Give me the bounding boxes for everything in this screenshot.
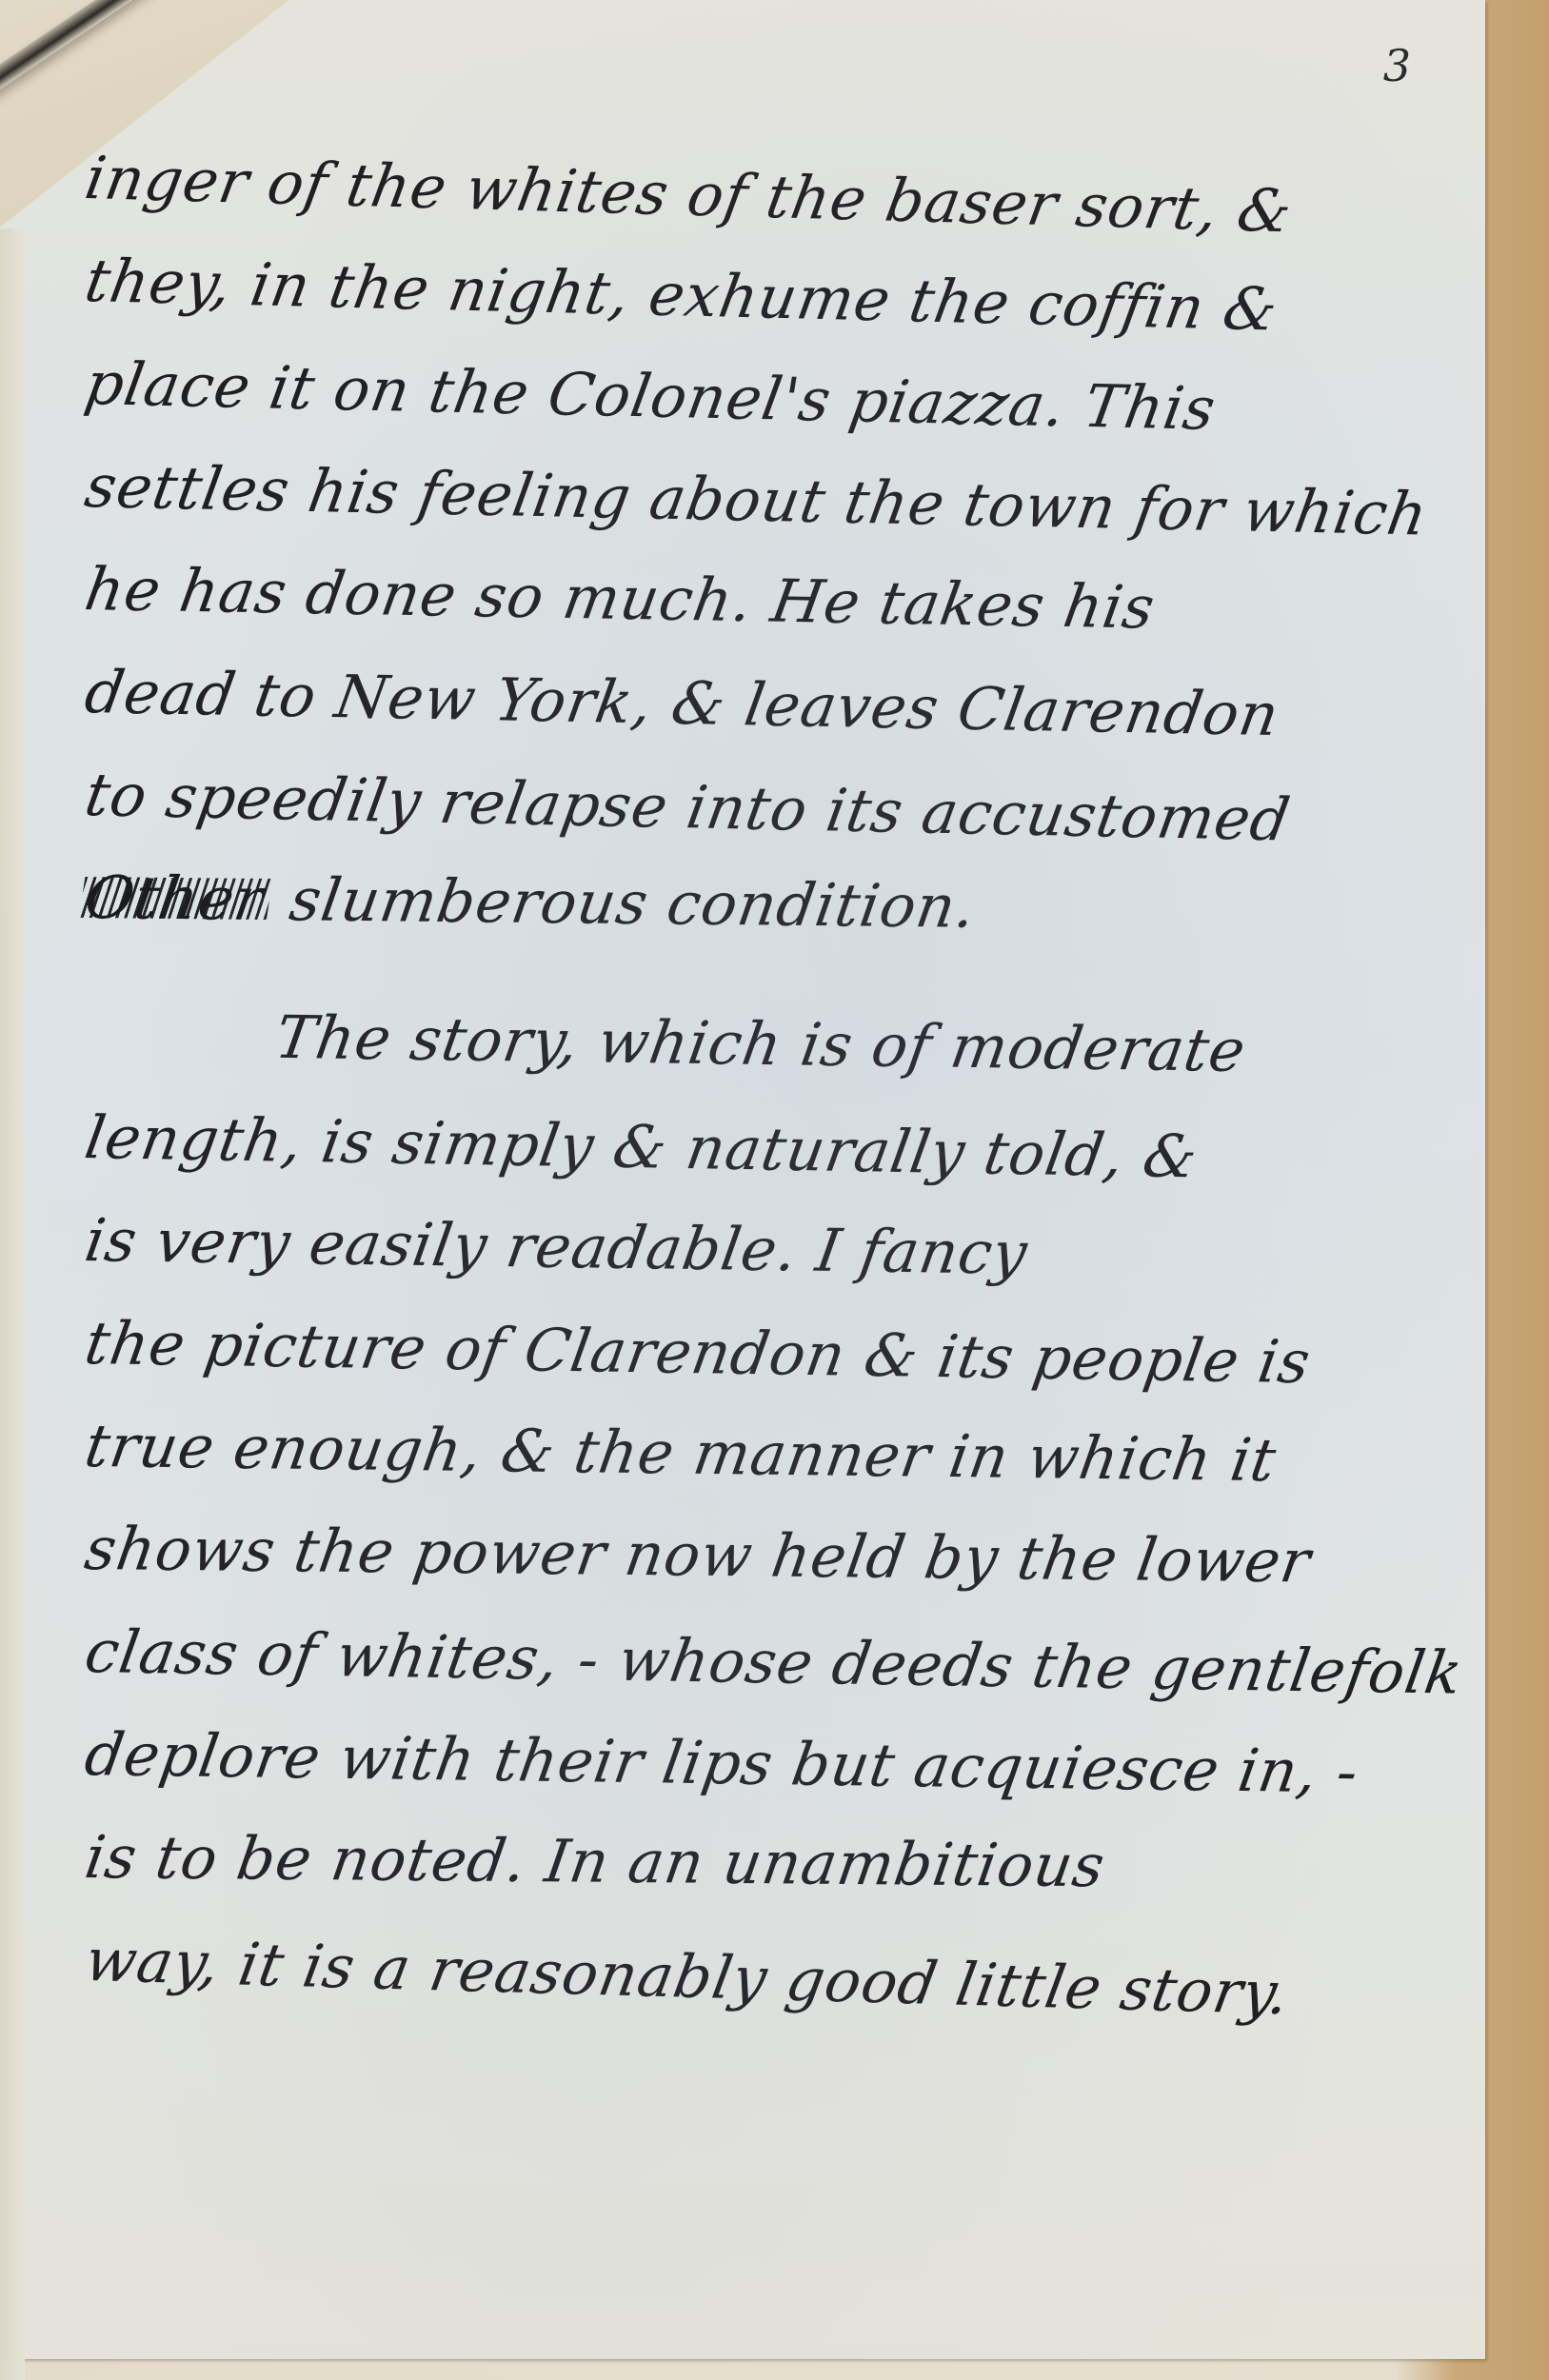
text-line: is very easily readable. I fancy	[85, 1205, 1457, 1327]
manuscript-page: 3 inger of the whites of the baser sort,…	[0, 0, 1485, 2359]
text-line: shows the power now held by the lower	[85, 1514, 1457, 1631]
page-number: 3	[1383, 40, 1411, 91]
text-line: is to be noted. In an unambitious	[86, 1822, 1458, 1937]
struck-through-word: Other	[81, 863, 269, 934]
text-line: way, it is a reasonably good little stor…	[84, 1925, 1457, 2066]
page-left-edge	[0, 228, 25, 2380]
text-line: Otherslumberous condition.	[85, 863, 1457, 980]
text-line: The story, which is of moderate	[85, 1000, 1457, 1121]
text-line: deplore with their lips but acquiesce in…	[85, 1719, 1457, 1841]
text-line: true enough, & the manner in which it	[85, 1411, 1457, 1531]
manuscript-text: inger of the whites of the baser sort, &…	[86, 143, 1457, 2028]
